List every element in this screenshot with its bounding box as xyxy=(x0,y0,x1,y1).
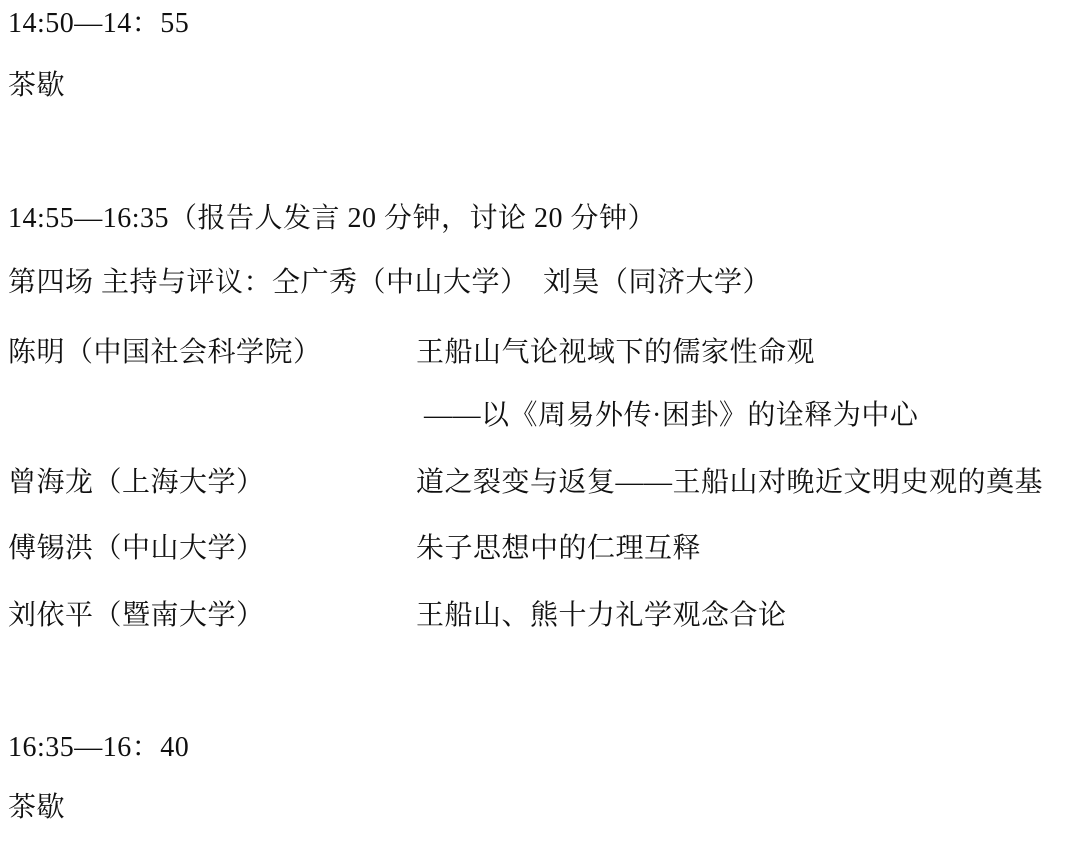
session-time-info: 14:55—16:35（报告人发言 20 分钟，讨论 20 分钟） xyxy=(8,201,656,237)
tea-break-after-label: 茶歇 xyxy=(8,790,65,826)
talk-title: 朱子思想中的仁理互释 xyxy=(416,531,701,567)
document-page: 14:50—14：55 茶歇 14:55—16:35（报告人发言 20 分钟，讨… xyxy=(0,0,1080,845)
talk-speaker: 刘依平（暨南大学） xyxy=(8,598,265,634)
talk-subtitle: ——以《周易外传·困卦》的诠释为中心 xyxy=(424,398,918,434)
tea-break-before-label: 茶歇 xyxy=(8,68,65,104)
talk-title: 道之裂变与返复——王船山对晚近文明史观的奠基 xyxy=(416,465,1043,501)
talk-speaker: 陈明（中国社会科学院） xyxy=(8,335,322,371)
talk-title: 王船山气论视域下的儒家性命观 xyxy=(416,335,815,371)
session-title: 第四场 主持与评议：仝广秀（中山大学） 刘昊（同济大学） xyxy=(8,265,771,301)
talk-title: 王船山、熊十力礼学观念合论 xyxy=(416,598,787,634)
talk-speaker: 傅锡洪（中山大学） xyxy=(8,531,265,567)
talk-speaker: 曾海龙（上海大学） xyxy=(8,465,265,501)
tea-break-before-time: 14:50—14：55 xyxy=(8,6,189,42)
tea-break-after-time: 16:35—16：40 xyxy=(8,730,189,766)
